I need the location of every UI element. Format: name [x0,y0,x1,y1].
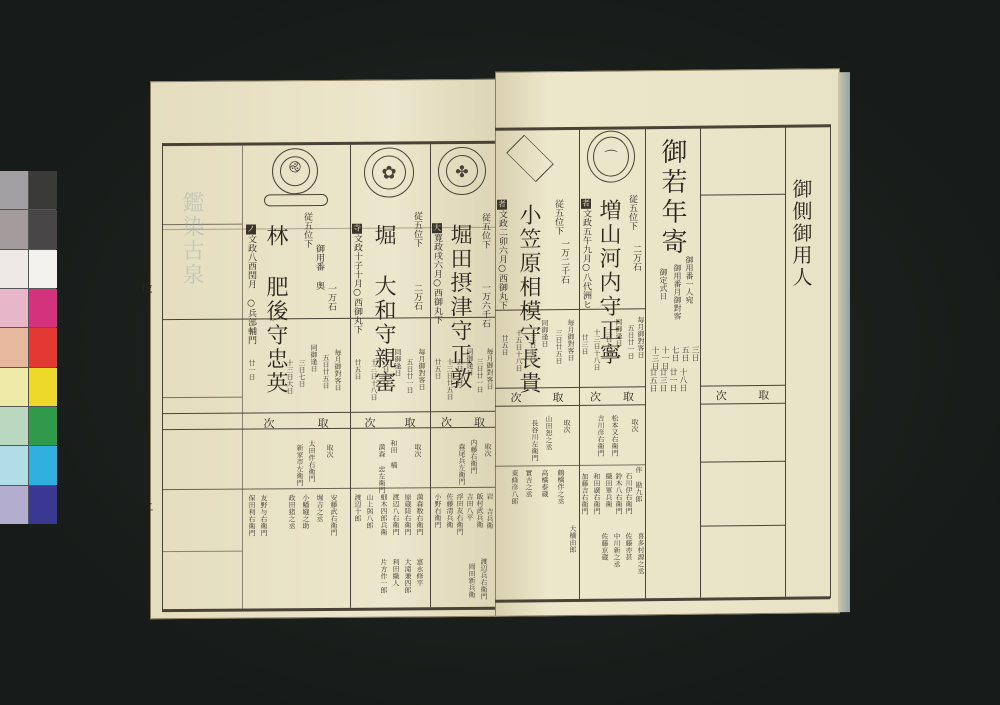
retainer: 片方作一郎 [380,559,387,594]
appointment-text: 者文政二卯六月○西御丸下 [497,200,507,310]
retainer: 友野与右衛門 [260,494,267,536]
day-entry: 同御逢日 [541,319,548,347]
attendant: 内藤右衛門 [470,439,477,474]
attendant: 森尾兵左衛門 [458,443,465,485]
retainer: 織田軍兵衛 [605,473,612,508]
fixed-day: 十八日 [679,368,687,392]
color-swatch [0,210,28,248]
left-border [162,143,163,611]
attendants-header: 取次 [563,419,570,433]
appointment-text: 者文政五午九月○八代洲ヒ [581,199,591,309]
section-header-wakadoshiyori: 御若年寄 御用番一人宛 御用番月御對客 御定式日 三日 五日 七日 十一日 十三… [645,128,700,599]
retainer: 富永修平 [416,558,423,586]
day-entry: 五日廿一日 [627,324,634,359]
toritsugi-band: 次 取 [579,387,645,406]
attendants-header: 取次 [631,418,638,432]
row-rule [162,397,242,399]
rank: 従五位下 [412,211,421,247]
row-rule [700,525,785,527]
appointment: 文政五午九月○八代洲ヒ [581,209,591,309]
fixed-day: 三日 [691,346,699,370]
entry-ogasawara: 者文政二卯六月○西御丸下 小笠原相模守長貴 従五位下 一万二千石 毎月御對客日 … [495,129,579,600]
appointment-text: 大寛政戌六月○西御丸下 [432,223,442,324]
rank: 従五位下 [480,213,489,249]
tag-badge: 者 [497,200,507,210]
color-swatch [29,210,57,248]
day-entry: 十三日十八日 [593,329,600,371]
day-entry: 十三日廿五日 [446,358,453,400]
retainer: 中川新之丞 [613,532,620,567]
day-entry: 廿五日 [354,359,361,380]
retainer: 石川伊右衛門 [625,472,632,514]
fixed-days-list: 三日 五日 七日 十一日 十三日 [651,346,699,371]
fixed-day: 五日 [681,346,689,370]
band-char: 取 [405,414,416,430]
appointment: 文政二卯六月○西御丸下 [497,210,507,310]
days-header: 毎月御對客日 [334,349,341,391]
day-entry: 五日七日 [456,358,463,386]
attendant: 山田恕之丞 [545,415,552,450]
rank: 従五位下 [553,199,562,235]
day-entry: 十三日十八日 [370,359,377,401]
retainer: 渡辺八右衛門 [392,493,399,535]
color-swatch [0,328,28,366]
entry-hotta: ✤ 大寛政戌六月○西御丸下 堀田摂津守正敦 従五位下 一万六千石 毎月御對客日 … [430,143,496,607]
day-entry: 廿五日 [501,335,508,356]
retainer: 原蔵陸右衛門 [404,493,411,535]
rank: 従五位下 [627,194,636,230]
retainer: 鈴木八右衛門 [615,472,622,514]
color-swatch [29,486,57,524]
stipend: 二万石 [631,244,640,271]
right-page: 者文政二卯六月○西御丸下 小笠原相模守長貴 従五位下 一万二千石 毎月御對客日 … [495,68,840,617]
color-swatch [0,289,28,327]
day-entry: 廿一日 [248,359,255,380]
attendant: 吉川彦右衛門 [597,415,604,457]
tag-badge: 大 [432,223,442,233]
attendant: 太田伴右衛門 [308,440,315,482]
color-swatch [0,446,28,484]
day-entry: 五日廿一日 [406,358,413,393]
stipend: 一万二千石 [559,239,568,284]
next-section-title: 御側御用人 [791,178,811,288]
margin-label: 役 [140,281,152,293]
retainer: 山上與八郎 [366,494,373,529]
fixed-day: 廿三日 [659,368,667,392]
attendant: 和田 楠 [390,439,397,468]
appointment-text: 寺文政十子十月○西御丸下 [352,224,362,334]
fixed-day: 廿一日 [669,368,677,392]
row-rule [700,194,785,196]
retainer: 堀吉之丞 [316,494,323,522]
attendant: 長谷川左衛門 [531,419,538,461]
band-char: 次 [264,415,275,431]
appointment-text: ノ文政八酉閏月 ○兵部輔門 [246,224,256,344]
tag-badge: 寺 [352,224,362,234]
band-char: 次 [365,415,376,431]
retainer: 渡辺十郎 [354,494,361,522]
bleed-through-text: 鑑染古泉 [180,191,202,287]
band-char: 次 [716,387,727,403]
color-swatch [0,486,28,524]
retainer: 高橋泰蔵 [541,469,548,497]
day-entry: 三日廿一日 [476,358,483,393]
crest-base [264,194,328,206]
section-note: 御用番月御對客 [673,264,681,320]
day-entry: 三日廿五日 [555,329,562,364]
color-swatch [0,368,28,406]
fixed-day: 十一日 [661,346,669,370]
band-char: 取 [758,387,769,403]
days-header: 毎月御對客日 [637,316,644,358]
band-char: 次 [590,389,601,405]
fixed-day: 廿五日 [649,368,657,392]
retainer: 吉田八平 [466,493,473,521]
retainer: 浮田友右衛門 [456,493,463,535]
stipend: 一万石 [326,284,335,311]
retainer: 満森数右衛門 [416,493,423,535]
left-page: 鑑染古泉 役 二 ࿋ ノ文政八酉閏月 ○兵部輔門 林 肥後守忠英 従五位下 御用… [150,79,496,619]
day-entry: 三日七日 [529,334,536,362]
extra-note: 御用番 奥 [314,244,323,290]
entry-mashiyama: ⌒ 者文政五午九月○八代洲ヒ 増山河内守正寧 従五位下 二万石 毎月御對客日 五… [579,128,645,599]
toritsugi-band: 次 取 [430,413,496,431]
retainer: 小野右衛門 [434,493,441,528]
page-edge [838,72,850,612]
band-char: 次 [511,390,522,406]
retainer: 伴 勘九郎 [635,466,642,502]
rank: 従五位下 [302,212,311,248]
toritsugi-band: 次 取 [242,414,350,433]
hishi-crest-icon [506,135,554,182]
toritsugi-band: 次 取 [350,413,430,432]
day-entry: 廿五日 [434,358,441,379]
days-header: 毎月御對客日 [418,348,425,390]
appointment: 寛政戌六月○西御丸下 [432,233,442,324]
retainer: 利田織人 [392,558,399,586]
retainer: 鶴橋伴之丞 [557,469,564,504]
right-border [830,124,831,598]
retainer: 安藤武右衛門 [330,494,337,536]
entry-hori: ✿ 寺文政十子十月○西御丸下 堀 大和守親寚 従五位下 二万石 毎月御對客日 五… [350,143,430,608]
color-swatch [29,171,57,209]
retainer: 細木四郎兵衛 [380,494,387,536]
section-note: 御用番一人宛 [685,256,693,304]
retainer: 渡辺兵右衛門 [480,558,487,600]
band-char: 取 [553,389,564,405]
days-header: 毎月御對客日 [567,319,574,361]
retainer: 小幡縫之助 [302,494,309,529]
row-rule [700,461,785,463]
days-header: 毎月御對客日 [486,348,493,390]
retainer: 大滝兼四郎 [404,558,411,593]
color-swatch [29,289,57,327]
attendant: 満森 忠左衛門 [378,444,385,494]
stipend: 二万石 [412,283,421,310]
day-entry: 同御逢日 [310,344,317,372]
band-char: 取 [623,388,634,404]
stipend: 一万六千石 [480,283,489,328]
attendants-header: 取次 [414,443,421,457]
retainer: 大橋由郎 [569,525,576,553]
color-swatch [0,171,28,209]
retainer: 飯村武兵衛 [476,493,483,528]
color-swatch [29,250,57,288]
appointment: 文政十子十月○西御丸下 [352,234,362,334]
day-entry: 三日十日 [382,359,389,387]
tsuru-maru-crest-icon: ⌒ [587,130,635,183]
day-entry: 五日廿五日 [322,354,329,389]
day-entry: 同御逢日 [394,348,401,376]
katabami-crest-icon: ✤ [438,147,486,195]
color-swatch [29,328,57,366]
fixed-day: 十三日 [651,346,659,370]
fixed-days-list-2: 十八日 廿一日 廿三日 廿五日 [649,368,687,392]
retainer: 岩 吉兵衛 [486,493,493,529]
color-swatch [0,407,28,445]
attendants-header: 取次 [484,443,491,457]
color-swatch [29,368,57,406]
day-entry: 三日七日 [605,329,612,357]
band-char: 取 [318,415,329,431]
mitsudomoe-crest-icon: ࿋ [272,148,318,194]
day-entry: 十五日十八日 [515,330,522,372]
attendant: 新家市左衛門 [296,444,303,486]
column-rule [785,127,786,597]
band-char: 次 [441,414,452,430]
day-entry: 同御逢日 [615,318,622,346]
retainer: 政田猪之丞 [288,494,295,529]
color-swatch [0,250,28,288]
column-rule [700,128,701,598]
row-rule [162,551,242,553]
retainer: 保田利右衛門 [248,494,255,536]
tag-badge: ノ [246,224,256,234]
margin-number: 二 [142,501,153,512]
day-entry: 廿三日 [581,334,588,355]
open-book: 鑑染古泉 役 二 ࿋ ノ文政八酉閏月 ○兵部輔門 林 肥後守忠英 従五位下 御用… [150,70,850,625]
section-note: 御定式日 [659,268,667,300]
retainer: 喜多村源之丞 [637,532,644,574]
color-swatch [29,407,57,445]
toritsugi-band: 次 取 [495,388,579,407]
retainer: 實吉之丞 [525,469,532,497]
attendant: 松本又右衛門 [611,415,618,457]
retainer: 佐藤京蔵 [601,533,608,561]
retainer: 岡田新兵衛 [468,563,475,598]
attendants-header: 取次 [326,444,333,458]
retainer: 和田廣右衛門 [593,473,600,515]
ume-kiku-crest-icon: ✿ [364,147,414,197]
band-char: 取 [474,414,485,430]
retainer: 加藤吉右衛門 [581,473,588,515]
color-swatch [29,446,57,484]
retainer: 佐藤清兵衛 [446,493,453,528]
day-entry: 三日七日 [298,359,305,387]
day-entry: 同御逢日 [466,348,473,376]
appointment: 文政八酉閏月 ○兵部輔門 [246,234,256,344]
tag-badge: 者 [581,199,591,209]
toritsugi-band-empty: 次 取 [700,386,785,405]
day-entry: 十三日大日 [286,359,293,394]
retainer: 佐藤亦甚 [625,532,632,560]
retainer: 東條彦八郎 [511,470,518,505]
section-title: 御若年寄 [659,138,685,258]
entry-name: 林 肥後守忠英 [264,224,286,395]
color-calibration-chart [0,171,56,524]
fixed-day: 七日 [671,346,679,370]
entry-hayashi: ࿋ ノ文政八酉閏月 ○兵部輔門 林 肥後守忠英 従五位下 御用番 奥 一万石 毎… [242,144,350,609]
